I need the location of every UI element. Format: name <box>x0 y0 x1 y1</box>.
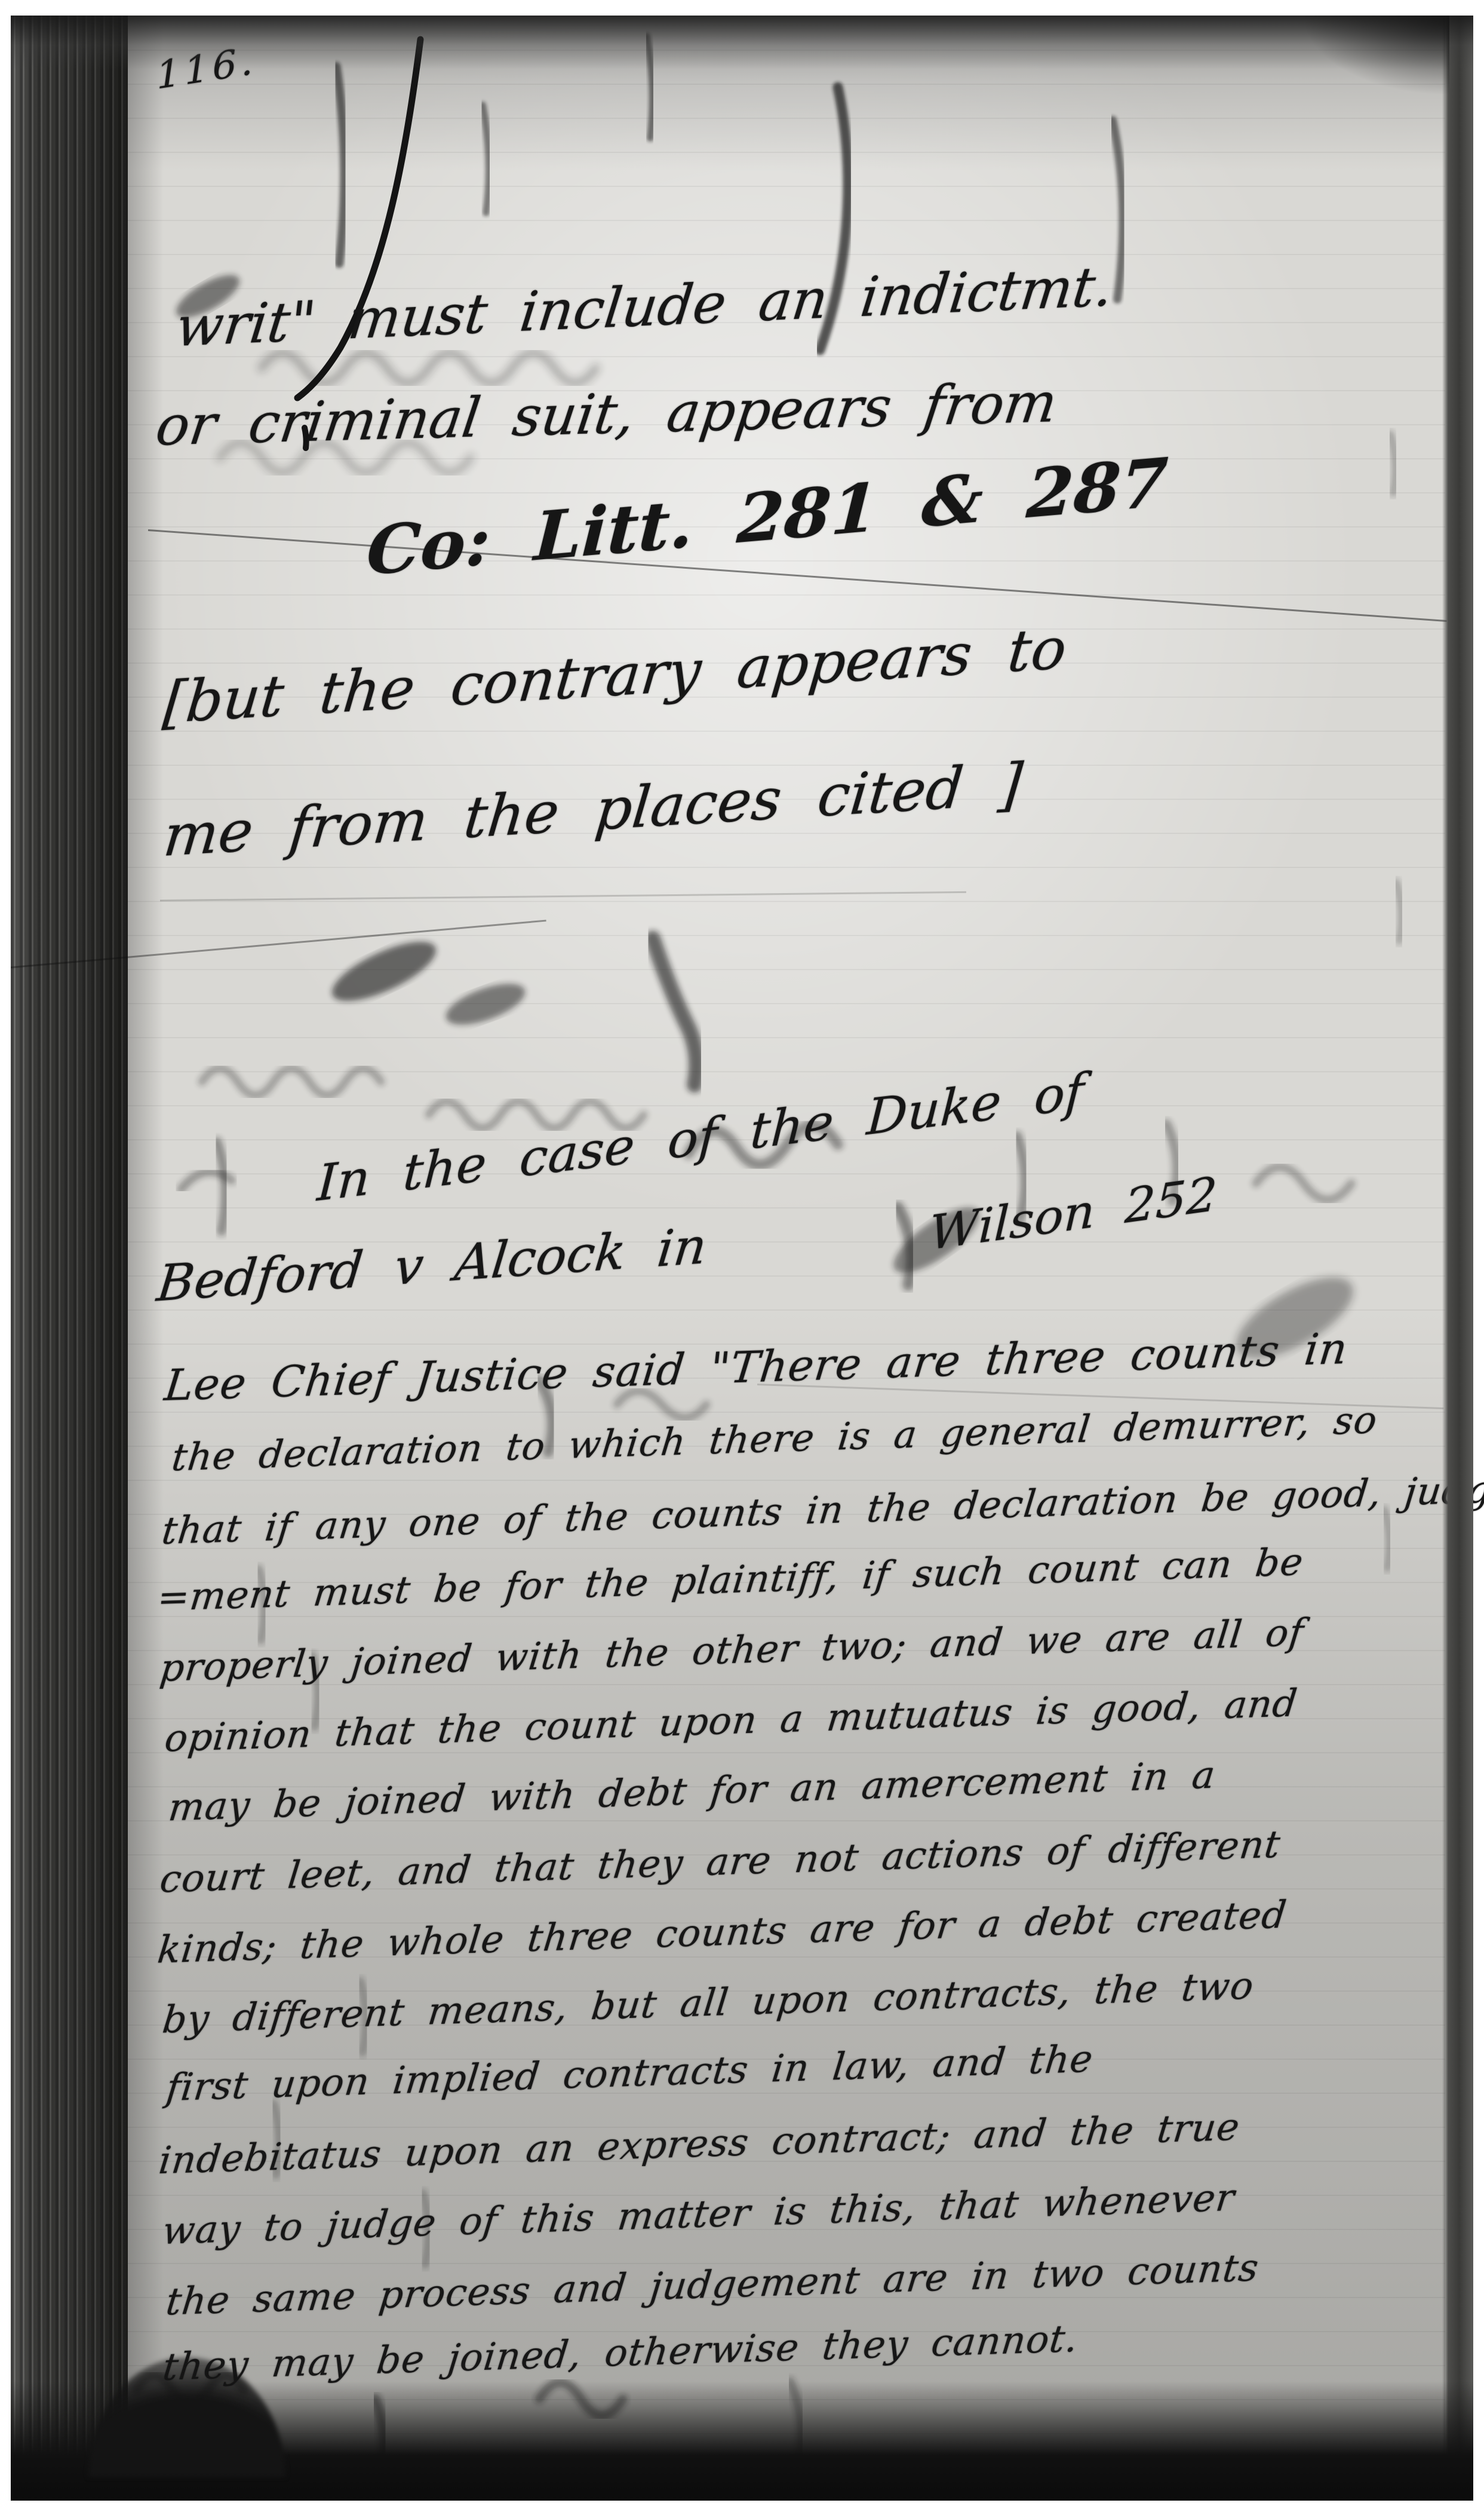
ink-drip <box>483 105 489 213</box>
ghost-squiggle <box>653 938 696 1085</box>
ghost-squiggle <box>217 1142 226 1231</box>
ink-blob <box>324 930 443 1013</box>
page-top-shadow <box>11 16 1473 69</box>
corner-shadow <box>1270 16 1449 105</box>
ghost-squiggle <box>262 353 596 383</box>
ink-drip <box>336 66 345 263</box>
ink-blob <box>441 976 530 1033</box>
ghost-squiggle <box>1390 434 1396 493</box>
ghost-squiggle <box>1256 1167 1351 1200</box>
manuscript-scan: 116. writ" must include an indictmt. or … <box>0 0 1484 2509</box>
ghost-squiggle <box>1396 882 1402 941</box>
page-right-edge <box>1442 16 1473 2501</box>
ghost-squiggle <box>1384 1509 1390 1569</box>
ghost-squiggle <box>202 1069 381 1096</box>
